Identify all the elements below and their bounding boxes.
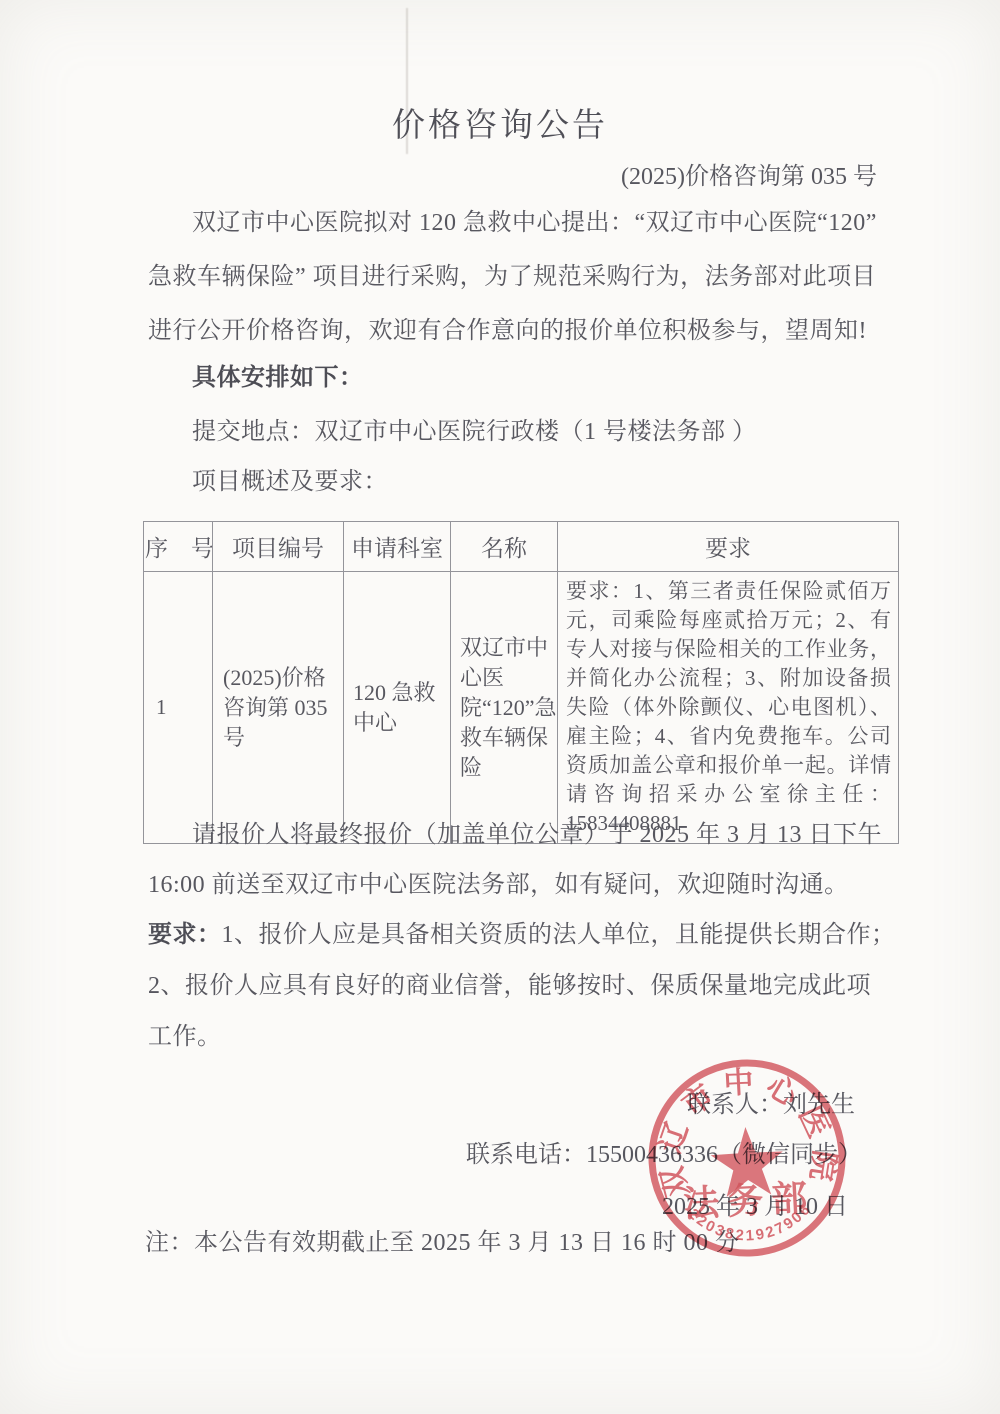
contact-phone-line: 联系电话：15500436336（微信同步） [466,1134,862,1169]
requirements-line-3: 工作。 [148,1022,222,1053]
col-header-name: 名称 [451,522,558,572]
table-row: 1 (2025)价格咨询第 035 号 120 急救中心 双辽市中心医院“120… [144,572,899,844]
col-header-project-no: 项目编号 [213,522,344,572]
intro-line-1: 双辽市中心医院拟对 120 急救中心提出：“双辽市中心医院“120” [148,208,877,239]
validity-note-line: 注：本公告有效期截止至 2025 年 3 月 13 日 16 时 00 分 [145,1228,740,1259]
requirements-label: 要求： [148,922,222,948]
closing-line-2: 16:00 前送至双辽市中心医院法务部，如有疑问，欢迎随时沟通。 [148,870,849,901]
col-header-requirements: 要求 [558,522,899,572]
col-header-department: 申请科室 [344,522,451,572]
submission-location-line: 提交地点：双辽市中心医院行政楼（1 号楼法务部 ） [192,417,757,448]
requirements-line-2: 2、报价人应具有良好的商业信誉，能够按时、保质保量地完成此项 [148,971,871,1002]
table-header-row: 序 号 项目编号 申请科室 名称 要求 [144,522,899,572]
requirements-line-1-text: 1、报价人应是具备相关资质的法人单位，且能提供长期合作； [222,922,896,948]
signature-date-line: 2025 年 3 月 10 日 [662,1186,848,1221]
seal-org-text: 双辽市中心医院 [648,1062,843,1202]
cell-name: 双辽市中心医院“120”急救车辆保险 [451,572,558,844]
page-title: 价格咨询公告 [0,99,1000,146]
arrangement-heading: 具体安排如下： [192,363,364,394]
svg-text:双辽市中心医院: 双辽市中心医院 [648,1062,843,1202]
scanned-announcement-page: 价格咨询公告 (2025)价格咨询第 035 号 双辽市中心医院拟对 120 急… [0,0,1000,1414]
intro-line-2: 急救车辆保险” 项目进行采购，为了规范采购行为，法务部对此项目 [148,262,876,293]
closing-line-1: 请报价人将最终报价（加盖单位公章）于 2025 年 3 月 13 日下午 [148,820,882,851]
overview-heading: 项目概述及要求： [192,467,388,498]
requirements-line-1: 要求：1、报价人应是具备相关资质的法人单位，且能提供长期合作； [148,920,896,951]
project-table: 序 号 项目编号 申请科室 名称 要求 1 (2025)价格咨询第 035 号 … [143,521,899,844]
intro-line-3: 进行公开价格咨询，欢迎有合作意向的报价单位积极参与，望周知! [148,316,867,347]
cell-seq: 1 [144,572,213,844]
cell-project-no: (2025)价格咨询第 035 号 [213,572,344,844]
contact-person-line: 联系人：刘先生 [687,1084,855,1119]
cell-requirements: 要求：1、第三者责任保险贰佰万元，司乘险每座贰拾万元；2、有专人对接与保险相关的… [558,572,899,844]
col-header-seq: 序 号 [144,522,213,572]
cell-department: 120 急救中心 [344,572,451,844]
document-number: (2025)价格咨询第 035 号 [621,156,877,191]
